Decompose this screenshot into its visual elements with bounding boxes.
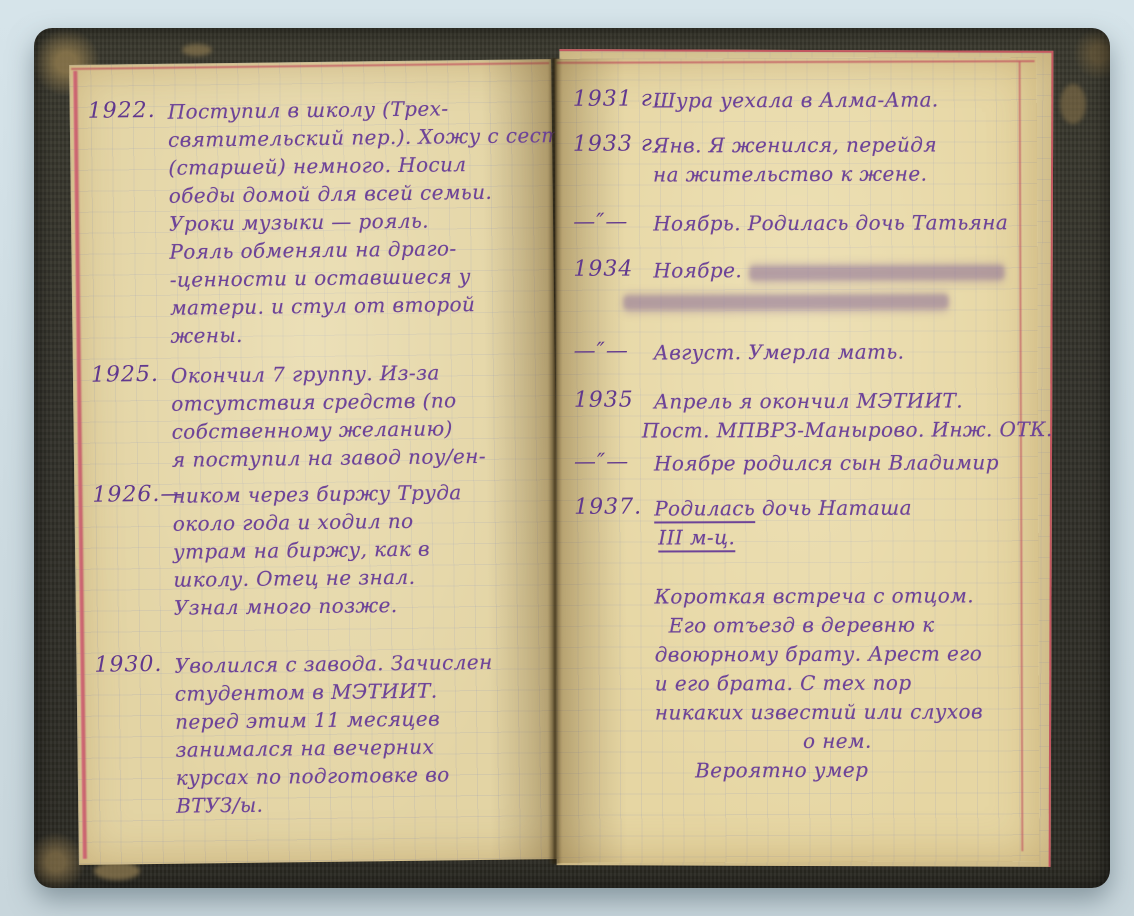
handwritten-line: святительский пер.). Хожу с сест- (168, 121, 538, 154)
worn-spot (1060, 84, 1086, 124)
smudged-erased-text (749, 265, 1004, 280)
text-segment: Поступил в школу (Трех- (168, 96, 449, 123)
text-segment: Янв. Я женился, перейдя (653, 133, 937, 158)
entry-lines: Ноябрь. Родилась дочь Татьяна (653, 208, 1023, 238)
handwritten-line: Ноябре. (653, 255, 1023, 285)
diary-entry: Короткая встреча с отцом.Его отъезд в де… (568, 581, 1025, 786)
handwritten-line: Шура уехала в Алма-Ата. (653, 85, 1023, 115)
text-segment: занимался на вечерних (175, 735, 434, 762)
entry-lines: Янв. Я женился, перейдяна жительство к ж… (653, 130, 1023, 189)
text-segment: Ноябре. (653, 258, 749, 282)
entry-year: 1930. (94, 652, 162, 678)
entry-year: —″— (574, 339, 629, 364)
entry-lines: Родилась дочь НаташаIII м-ц. (654, 493, 1024, 552)
text-segment: Шура уехала в Алма-Ата. (653, 88, 939, 113)
handwritten-line: около года и ходил по (173, 505, 543, 538)
text-segment: Родилась (654, 496, 755, 523)
handwritten-line: перед этим 11 месяцев (175, 703, 545, 736)
handwritten-line: Вероятно умер (695, 755, 1025, 785)
entry-year: 1922. (88, 98, 156, 124)
handwritten-line: Родилась дочь Наташа (654, 493, 1024, 523)
entry-lines: Август. Умерла мать. (654, 337, 1024, 367)
entry-lines: Апрель я окончил МЭТИИТ.Пост. МПВРЗ-Маны… (654, 386, 1024, 445)
handwritten-line: жены. (170, 317, 540, 350)
diary-entry: 1922.Поступил в школу (Трех-святительски… (82, 93, 541, 351)
handwritten-line: отсутствия средств (по (171, 385, 541, 418)
handwritten-line: утрам на биржу, как в (173, 533, 543, 566)
text-segment: Апрель я окончил МЭТИИТ. (654, 388, 963, 413)
text-segment: утрам на биржу, как в (173, 537, 430, 564)
text-segment: ником через биржу Труда (172, 480, 462, 508)
diary-entry: 1925.Окончил 7 группу. Из-заотсутствия с… (85, 357, 542, 475)
diary-entry: 1937.Родилась дочь НаташаIII м-ц. (568, 493, 1024, 553)
entry-lines: Ноябре. (653, 255, 1023, 314)
text-segment: Вероятно умер (695, 758, 868, 783)
text-segment: Окончил 7 группу. Из-за (171, 360, 440, 387)
entry-lines: Окончил 7 группу. Из-заотсутствия средст… (171, 357, 542, 474)
text-segment: Август. Умерла мать. (654, 340, 905, 365)
handwritten-line: Короткая встреча с отцом. (654, 581, 1024, 611)
text-segment: перед этим 11 месяцев (175, 706, 440, 733)
text-segment: Уволился с завода. Зачислен (174, 650, 492, 678)
entry-lines: ником через биржу Трудаоколо года и ходи… (172, 477, 544, 622)
text-segment: о нем. (803, 729, 872, 753)
text-segment: и его брата. С тех пор (655, 671, 912, 696)
diary-entry: 1931 г.Шура уехала в Алма-Ата. (567, 85, 1023, 116)
handwritten-line: занимался на вечерних (175, 731, 545, 764)
entry-year: 1937. (574, 495, 642, 520)
text-segment: отсутствия средств (по (171, 388, 457, 415)
diary-entry: 1934Ноябре. (567, 255, 1023, 315)
notebook-cover: 1922.Поступил в школу (Трех-святительски… (34, 28, 1110, 888)
text-segment: я поступил на завод поу/ен- (172, 444, 486, 472)
entry-year: —″— (573, 210, 628, 235)
handwritten-line: Уволился с завода. Зачислен (174, 647, 544, 680)
entry-year: 1925. (91, 362, 159, 388)
entry-year: 1933 г. (573, 131, 661, 156)
text-segment: Его отъезд в деревню к (669, 613, 935, 638)
handwritten-line: Август. Умерла мать. (654, 337, 1024, 367)
entry-year: 1934 (573, 257, 633, 282)
handwritten-line: Уроки музыки — рояль. (169, 205, 539, 238)
page-right: 1931 г.Шура уехала в Алма-Ата.1933 г.Янв… (555, 57, 1040, 863)
handwritten-line: Пост. МПВРЗ-Манырово. Инж. ОТК. (642, 415, 1024, 445)
handwritten-line: я поступил на завод поу/ен- (172, 441, 542, 474)
text-segment: (старшей) немного. Носил (168, 152, 466, 180)
text-segment: школу. Отец не знал. (173, 565, 415, 592)
diary-entry: 1935Апрель я окончил МЭТИИТ.Пост. МПВРЗ-… (568, 386, 1024, 446)
entry-lines: Короткая встреча с отцом.Его отъезд в де… (654, 581, 1025, 785)
photo-scene: 1922.Поступил в школу (Трех-святительски… (0, 0, 1134, 916)
text-segment: матери. и стул от второй (170, 292, 475, 320)
text-segment: Пост. МПВРЗ-Манырово. Инж. ОТК. (642, 417, 1053, 442)
page-right-entries: 1931 г.Шура уехала в Алма-Ата.1933 г.Янв… (555, 57, 1040, 863)
handwritten-line (623, 284, 1023, 314)
handwritten-line: Ноябре родился сын Владимир (654, 448, 1024, 478)
handwritten-line: курсах по подготовке во (176, 759, 546, 792)
diary-entry: —″—Ноябрь. Родилась дочь Татьяна (567, 208, 1023, 239)
text-segment: Рояль обменяли на драго- (169, 236, 456, 264)
handwritten-line: Янв. Я женился, перейдя (653, 130, 1023, 160)
handwritten-line: III м-ц. (658, 522, 1024, 552)
handwritten-line: Поступил в школу (Трех- (168, 93, 538, 126)
entry-lines: Уволился с завода. Зачисленстудентом в М… (174, 647, 546, 820)
entry-lines: Поступил в школу (Трех-святительский пер… (168, 93, 541, 350)
diary-entry: 1926.—ником через биржу Трудаоколо года … (86, 477, 544, 623)
text-segment: жены. (170, 323, 243, 348)
text-segment: на жительство к жене. (653, 162, 927, 187)
entry-year: 1935 (574, 388, 634, 413)
text-segment: святительский пер.). Хожу с сест- (168, 123, 568, 152)
entry-year: —″— (574, 450, 629, 475)
diary-entry: 1930.Уволился с завода. Зачисленстуденто… (88, 647, 546, 821)
text-segment: студентом в МЭТИИТ. (175, 679, 438, 706)
text-segment: Ноябре родился сын Владимир (654, 450, 999, 475)
handwritten-line: Рояль обменяли на драго- (169, 233, 539, 266)
text-segment: ВТУЗ/ы. (176, 793, 263, 818)
handwritten-line: Ноябрь. Родилась дочь Татьяна (653, 208, 1023, 238)
text-segment: обеды домой для всей семьи. (169, 180, 493, 208)
text-segment: около года и ходил по (173, 509, 414, 536)
text-segment: -ценности и оставшиеся у (170, 264, 471, 292)
text-segment: двоюрному брату. Арест его (655, 641, 983, 666)
diary-entry: —″—Август. Умерла мать. (568, 337, 1024, 368)
handwritten-line: -ценности и оставшиеся у (170, 261, 540, 294)
worn-spot (94, 862, 140, 880)
entry-lines: Ноябре родился сын Владимир (654, 448, 1024, 478)
text-segment: III м-ц. (658, 525, 735, 552)
handwritten-line: на жительство к жене. (653, 159, 1023, 189)
handwritten-line: Апрель я окончил МЭТИИТ. (654, 386, 1024, 416)
text-segment: дочь Наташа (755, 496, 912, 521)
handwritten-line: матери. и стул от второй (170, 289, 540, 322)
text-segment: Ноябрь. Родилась дочь Татьяна (653, 210, 1008, 235)
center-fold-crease (548, 58, 562, 864)
handwritten-line: ВТУЗ/ы. (176, 787, 546, 820)
text-segment: Узнал много позже. (174, 593, 398, 620)
worn-spot (182, 44, 212, 56)
handwritten-line: и его брата. С тех пор (655, 668, 1025, 698)
handwritten-line: о нем. (803, 726, 1025, 756)
text-segment: никаких известий или слухов (655, 699, 983, 724)
handwritten-line: обеды домой для всей семьи. (169, 177, 539, 210)
handwritten-line: студентом в МЭТИИТ. (175, 675, 545, 708)
handwritten-line: никаких известий или слухов (655, 697, 1025, 727)
entry-year: 1926.— (92, 482, 183, 508)
text-segment: Короткая встреча с отцом. (654, 583, 974, 608)
diary-entry: 1933 г.Янв. Я женился, перейдяна жительс… (567, 130, 1023, 190)
page-left-entries: 1922.Поступил в школу (Трех-святительски… (69, 59, 561, 865)
smudged-erased-text (623, 294, 948, 309)
text-segment: курсах по подготовке во (176, 762, 450, 789)
page-left: 1922.Поступил в школу (Трех-святительски… (69, 59, 561, 865)
handwritten-line: Узнал много позже. (174, 589, 544, 622)
handwritten-line: ником через биржу Труда (172, 477, 542, 510)
text-segment: Уроки музыки — рояль. (169, 209, 429, 236)
diary-entry: —″—Ноябре родился сын Владимир (568, 448, 1024, 479)
handwritten-line: Его отъезд в деревню к (669, 610, 1025, 640)
text-segment: собственному желанию) (171, 416, 452, 443)
handwritten-line: школу. Отец не знал. (173, 561, 543, 594)
entry-lines: Шура уехала в Алма-Ата. (653, 85, 1023, 115)
entry-year: 1931 г. (573, 86, 661, 111)
handwritten-line: (старшей) немного. Носил (168, 149, 538, 182)
handwritten-line: двоюрному брату. Арест его (655, 639, 1025, 669)
handwritten-line: Окончил 7 группу. Из-за (171, 357, 541, 390)
handwritten-line: собственному желанию) (171, 413, 541, 446)
